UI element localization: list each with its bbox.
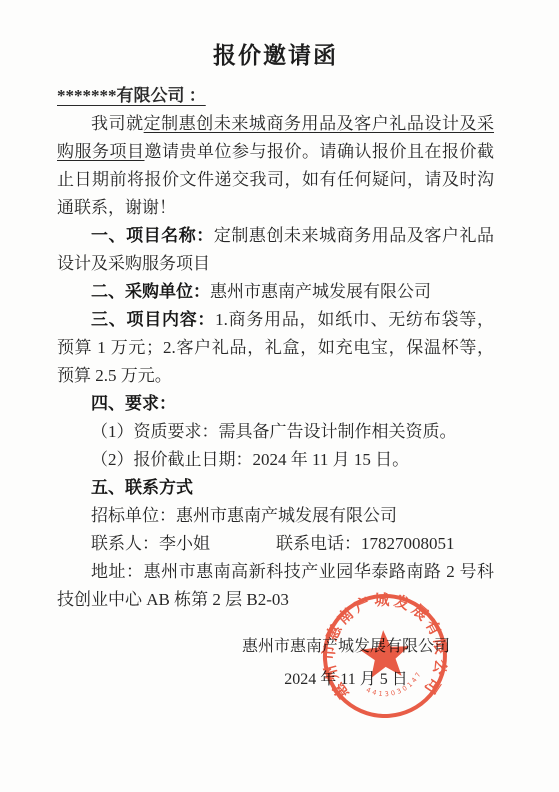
contact-phone: 联系电话：17827008051	[276, 534, 455, 553]
item-label: 四、要求：	[91, 394, 176, 413]
company-seal-stamp: 惠州市惠南产城发展有限公司 4413030147	[310, 582, 459, 731]
item-label: 五、联系方式	[91, 478, 193, 497]
seal-star-icon	[358, 628, 411, 678]
contact-person-line: 联系人：李小姐联系电话：17827008051	[57, 530, 494, 558]
intro-prefix: 我司就	[91, 114, 144, 133]
page-title: 报价邀请函	[57, 40, 494, 72]
salutation-line: *******有限公司 ：	[57, 82, 494, 110]
item-project-name: 一、项目名称：定制惠创未来城商务用品及客户礼品设计及采购服务项目	[57, 222, 494, 278]
item-contact-heading: 五、联系方式	[57, 474, 494, 502]
item-label: 三、项目内容：	[91, 310, 215, 329]
item-project-content: 三、项目内容：1.商务用品，如纸巾、无纺布袋等，预算 1 万元；2.客户礼品，礼…	[57, 306, 494, 390]
contact-person: 联系人：李小姐	[91, 534, 210, 553]
item-purchasing-unit: 二、采购单位：惠州市惠南产城发展有限公司	[57, 278, 494, 306]
contact-bid-unit: 招标单位：惠州市惠南产城发展有限公司	[57, 502, 494, 530]
item-label: 二、采购单位：	[91, 282, 210, 301]
requirement-qualification: （1）资质要求：需具备广告设计制作相关资质。	[57, 418, 494, 446]
item-requirements-heading: 四、要求：	[57, 390, 494, 418]
document-page: 报价邀请函 *******有限公司 ： 我司就定制惠创未来城商务用品及客户礼品设…	[0, 0, 559, 792]
item-text: 惠州市惠南产城发展有限公司	[210, 282, 431, 301]
item-label: 一、项目名称：	[91, 226, 214, 245]
requirement-deadline: （2）报价截止日期：2024 年 11 月 15 日。	[57, 446, 494, 474]
intro-paragraph: 我司就定制惠创未来城商务用品及客户礼品设计及采购服务项目邀请贵单位参与报价。请确…	[57, 110, 494, 222]
